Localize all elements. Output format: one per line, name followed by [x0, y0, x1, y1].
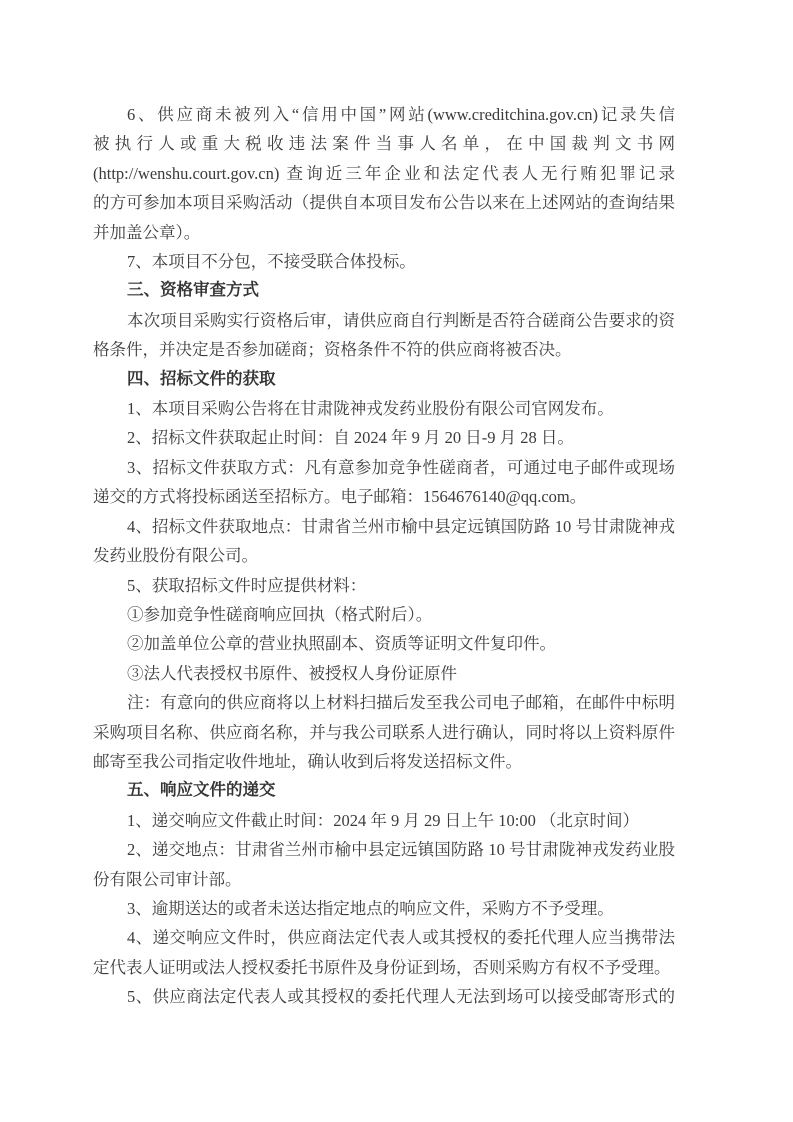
section-heading-document-acquisition: 四、招标文件的获取 [93, 365, 675, 394]
doc-text-line: 2、招标文件获取起止时间：自 2024 年 9 月 20 日-9 月 28 日。 [93, 423, 675, 452]
doc-text-line: 格条件，并决定是否参加磋商；资格条件不符的供应商将被否决。 [93, 335, 675, 364]
doc-text-line: 的方可参加本项目采购活动（提供自本项目发布公告以来在上述网站的查询结果 [93, 188, 675, 217]
doc-text-line: 邮寄至我公司指定收件地址，确认收到后将发送招标文件。 [93, 747, 675, 776]
doc-text-line: 7、本项目不分包，不接受联合体投标。 [93, 247, 675, 276]
doc-text-line: 采购项目名称、供应商名称，并与我公司联系人进行确认，同时将以上资料原件 [93, 718, 675, 747]
doc-text-line: 1、本项目采购公告将在甘肃陇神戎发药业股份有限公司官网发布。 [93, 394, 675, 423]
doc-text-line: ③法人代表授权书原件、被授权人身份证原件 [93, 659, 675, 688]
doc-text-line: (http://wenshu.court.gov.cn) 查询近三年企业和法定代… [93, 159, 675, 188]
doc-text-line: 递交的方式将投标函送至招标方。电子邮箱：1564676140@qq.com。 [93, 482, 675, 511]
doc-text-line: 注：有意向的供应商将以上材料扫描后发至我公司电子邮箱，在邮件中标明 [93, 688, 675, 717]
doc-text-line: 6、供应商未被列入“信用中国”网站(www.creditchina.gov.cn… [93, 100, 675, 129]
doc-text-line: 3、招标文件获取方式：凡有意参加竞争性磋商者，可通过电子邮件或现场 [93, 453, 675, 482]
doc-text-line: 并加盖公章）。 [93, 218, 675, 247]
doc-text-line: 本次项目采购实行资格后审，请供应商自行判断是否符合磋商公告要求的资 [93, 306, 675, 335]
doc-text-line: 3、逾期送达的或者未送达指定地点的响应文件，采购方不予受理。 [93, 894, 675, 923]
doc-text-line: 份有限公司审计部。 [93, 865, 675, 894]
doc-text-line: 4、招标文件获取地点：甘肃省兰州市榆中县定远镇国防路 10 号甘肃陇神戎 [93, 512, 675, 541]
section-heading-response-submission: 五、响应文件的递交 [93, 776, 675, 805]
doc-text-line: ①参加竞争性磋商响应回执（格式附后）。 [93, 600, 675, 629]
doc-text-line: 5、获取招标文件时应提供材料： [93, 571, 675, 600]
doc-text-line: 1、递交响应文件截止时间：2024 年 9 月 29 日上午 10:00 （北京… [93, 806, 675, 835]
section-heading-qualification-review: 三、资格审查方式 [93, 276, 675, 305]
doc-text-line: 被执行人或重大税收违法案件当事人名单，在中国裁判文书网 [93, 129, 675, 158]
doc-text-line: 定代表人证明或法人授权委托书原件及身份证到场，否则采购方有权不予受理。 [93, 953, 675, 982]
document-page: 6、供应商未被列入“信用中国”网站(www.creditchina.gov.cn… [0, 0, 793, 1122]
doc-text-line: 4、递交响应文件时，供应商法定代表人或其授权的委托代理人应当携带法 [93, 923, 675, 952]
doc-text-line: 5、供应商法定代表人或其授权的委托代理人无法到场可以接受邮寄形式的 [93, 982, 675, 1011]
doc-text-line: ②加盖单位公章的营业执照副本、资质等证明文件复印件。 [93, 629, 675, 658]
doc-text-line: 2、递交地点：甘肃省兰州市榆中县定远镇国防路 10 号甘肃陇神戎发药业股 [93, 835, 675, 864]
doc-text-line: 发药业股份有限公司。 [93, 541, 675, 570]
document-text-block: 6、供应商未被列入“信用中国”网站(www.creditchina.gov.cn… [93, 100, 675, 1012]
